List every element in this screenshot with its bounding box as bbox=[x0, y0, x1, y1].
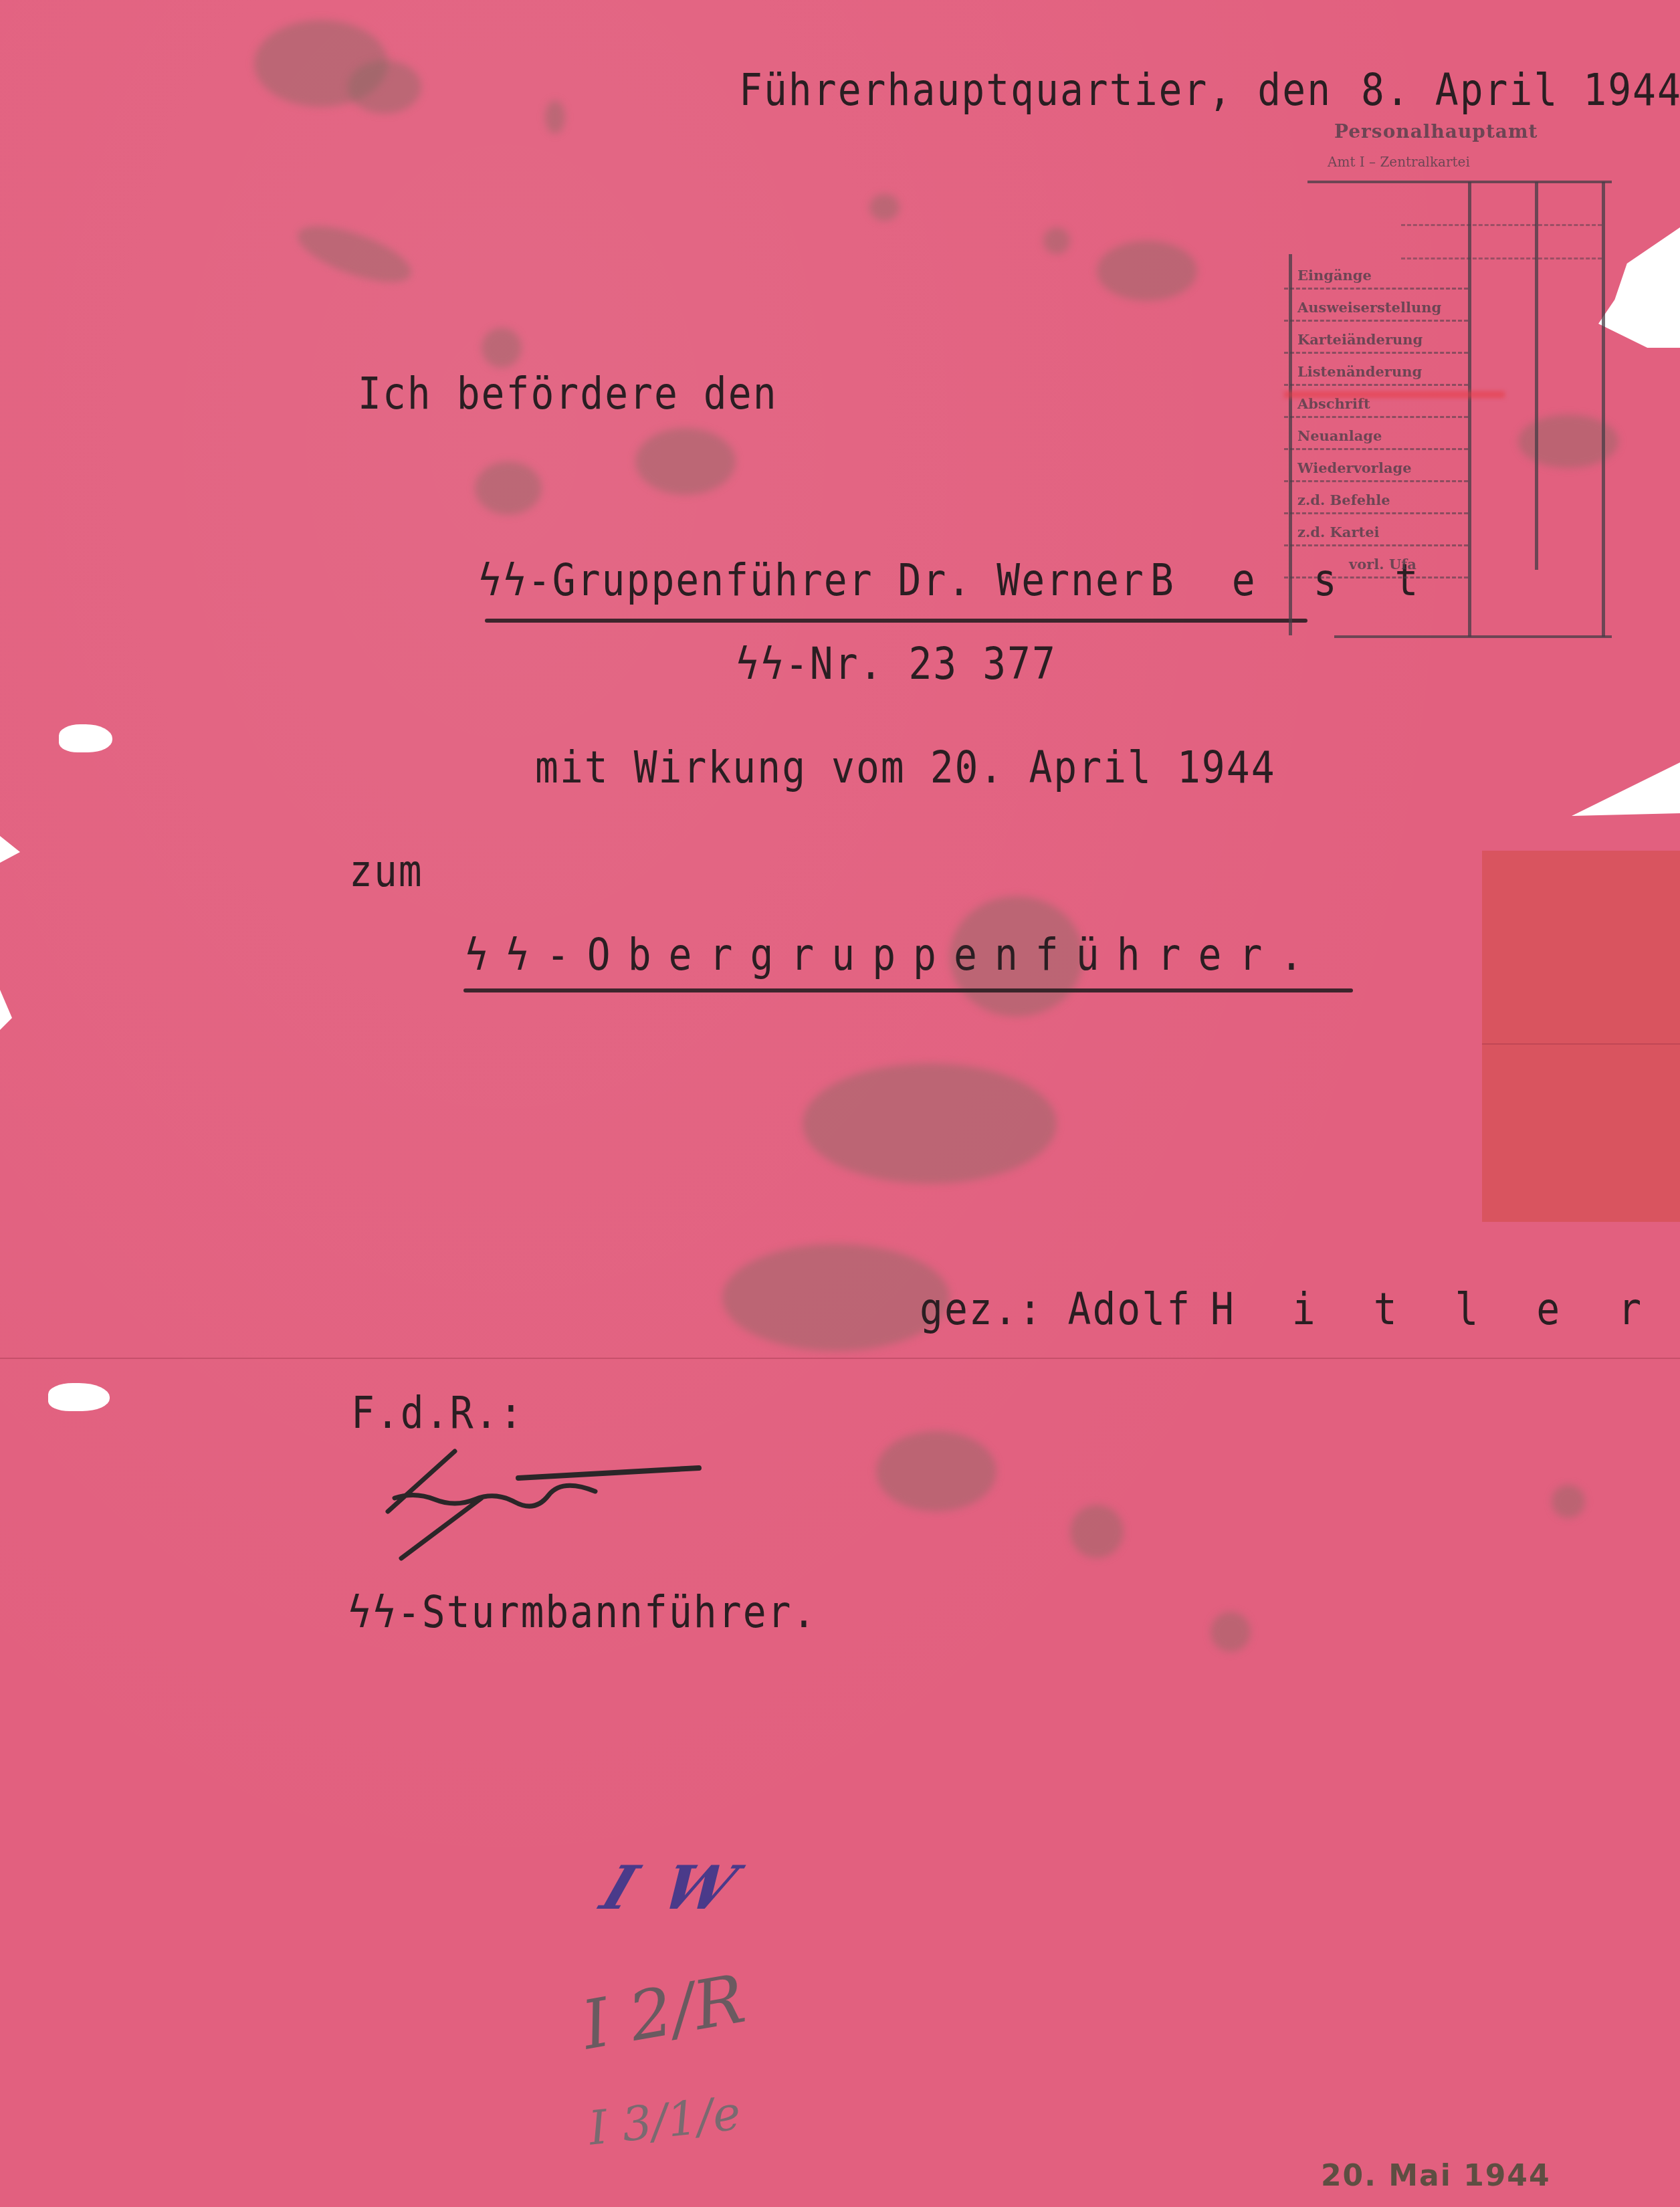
edge-tear bbox=[0, 836, 20, 863]
stamp-row-label: vorl. Ufa bbox=[1349, 556, 1416, 572]
stamp-rule bbox=[1535, 182, 1538, 570]
stain bbox=[1552, 1485, 1585, 1518]
signed-by: gez.: Adolf bbox=[920, 1287, 1191, 1331]
red-pencil-mark bbox=[1284, 391, 1505, 398]
stain bbox=[1070, 1505, 1124, 1558]
stain bbox=[545, 100, 565, 134]
stamp-row-label: Eingänge bbox=[1297, 267, 1372, 284]
stamp-rule bbox=[1334, 635, 1612, 638]
rank-underline bbox=[463, 988, 1353, 992]
stamp-row: Ausweiserstellung bbox=[1284, 290, 1468, 322]
effective-date-line: mit Wirkung vom 20. April 1944 bbox=[535, 746, 1276, 789]
person-line: ϟϟ-Gruppenführer Dr. Werner bbox=[478, 558, 1145, 602]
to-label: zum bbox=[349, 849, 423, 893]
stain bbox=[482, 328, 522, 368]
punch-hole bbox=[59, 724, 112, 752]
fold-crease bbox=[1482, 1043, 1680, 1045]
stain bbox=[876, 1431, 996, 1511]
stain bbox=[475, 461, 542, 515]
stain bbox=[635, 428, 736, 495]
stamp-row: vorl. Ufa bbox=[1284, 546, 1468, 579]
stamp-row-label: Karteiänderung bbox=[1297, 331, 1423, 348]
stain bbox=[1211, 1612, 1251, 1652]
edge-tear bbox=[0, 990, 12, 1030]
stain bbox=[291, 215, 418, 294]
stain bbox=[803, 1063, 1057, 1184]
salutation: Ich befördere den bbox=[358, 372, 778, 415]
stain bbox=[1097, 241, 1197, 301]
stamp-row-label: Ausweiserstellung bbox=[1297, 299, 1441, 316]
signer-rank: ϟϟ-Sturmbannführer. bbox=[348, 1590, 817, 1634]
stamp-row: Karteiänderung bbox=[1284, 322, 1468, 354]
stain bbox=[1043, 227, 1070, 254]
stamp-row-label: Listenänderung bbox=[1297, 363, 1422, 380]
punch-hole bbox=[48, 1383, 110, 1411]
stamp-dash bbox=[1401, 224, 1602, 226]
glued-paper-patch bbox=[1482, 851, 1680, 1222]
stamp-row-label: z.d. Kartei bbox=[1297, 524, 1380, 540]
stamp-rule bbox=[1602, 182, 1605, 637]
blue-pencil-annotation: I W bbox=[593, 1853, 751, 1923]
stamp-subheader: Amt I – Zentralkartei bbox=[1328, 154, 1470, 170]
new-rank: ϟϟ-Obergruppenführer. bbox=[465, 933, 1320, 976]
ss-number: ϟϟ-Nr. 23 377 bbox=[736, 642, 1057, 686]
stamp-header: Personalhauptamt bbox=[1334, 120, 1538, 142]
stamp-rule bbox=[1468, 182, 1471, 637]
document-paper: Führerhauptquartier, den 8. April 1944 I… bbox=[0, 0, 1680, 2207]
stamp-row-label: z.d. Befehle bbox=[1297, 492, 1390, 508]
place-date-prefix: Führerhauptquartier, den bbox=[739, 68, 1332, 112]
received-date-stamp: 20. Mai 1944 bbox=[1321, 2159, 1551, 2193]
stamp-row: z.d. Befehle bbox=[1284, 482, 1468, 514]
stamp-row-label: Wiedervorlage bbox=[1297, 459, 1412, 476]
stamp-row-label: Neuanlage bbox=[1297, 427, 1382, 444]
pencil-annotation: I 3/1/e bbox=[586, 2085, 743, 2156]
edge-tear bbox=[1572, 762, 1680, 816]
registry-stamp: Personalhauptamt Amt I – Zentralkartei E… bbox=[1281, 120, 1612, 642]
stain bbox=[869, 194, 900, 221]
stamp-row: z.d. Kartei bbox=[1284, 514, 1468, 546]
document-date: 8. April 1944 bbox=[1361, 68, 1680, 112]
signed-surname: H i t l e r bbox=[1211, 1287, 1659, 1331]
stain bbox=[722, 1244, 950, 1351]
stamp-row: Wiedervorlage bbox=[1284, 450, 1468, 482]
stamp-row: Neuanlage bbox=[1284, 418, 1468, 450]
fold-crease bbox=[0, 1358, 1680, 1359]
certification-label: F.d.R.: bbox=[351, 1391, 524, 1435]
pencil-annotation: I 2/R bbox=[576, 1960, 751, 2065]
stamp-row: Listenänderung bbox=[1284, 354, 1468, 386]
stamp-row: Eingänge bbox=[1284, 257, 1468, 290]
signature bbox=[375, 1438, 709, 1572]
stamp-rule bbox=[1307, 181, 1612, 183]
person-underline bbox=[485, 619, 1307, 623]
stain bbox=[348, 60, 421, 114]
